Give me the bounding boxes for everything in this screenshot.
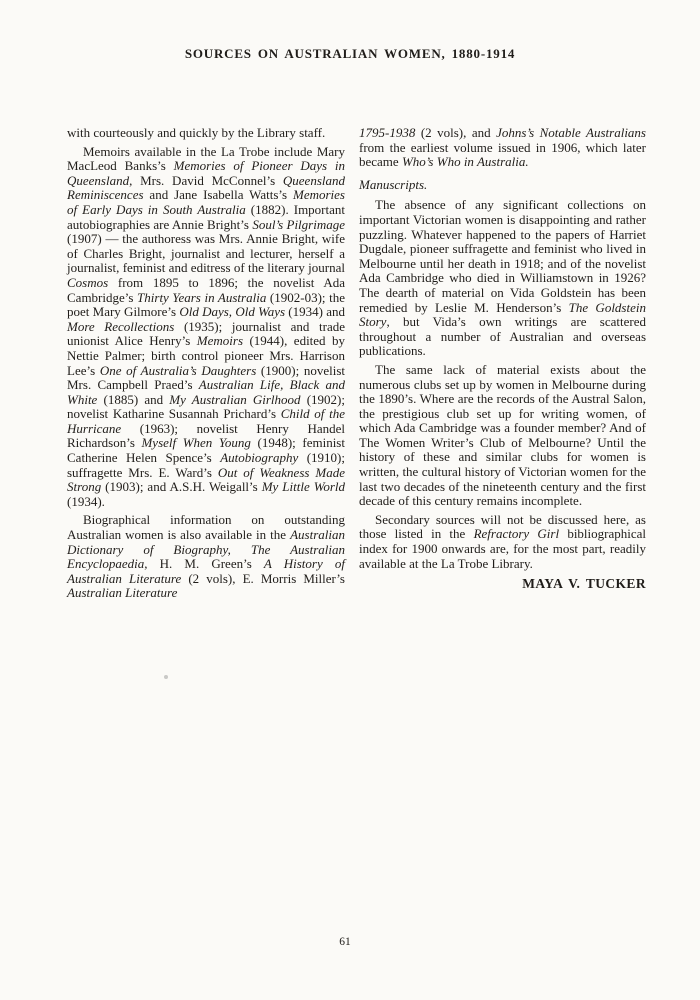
page-number: 61 bbox=[0, 936, 690, 948]
scan-artifact-dot bbox=[164, 675, 168, 679]
journal-page: SOURCES ON AUSTRALIAN WOMEN, 1880-1914 w… bbox=[0, 0, 700, 1000]
two-column-text: with courteously and quickly by the Libr… bbox=[67, 126, 646, 601]
page-title: SOURCES ON AUSTRALIAN WOMEN, 1880-1914 bbox=[0, 46, 700, 62]
paragraph: 1795-1938 (2 vols), and Johns’s Notable … bbox=[359, 126, 646, 170]
right-column: 1795-1938 (2 vols), and Johns’s Notable … bbox=[359, 126, 646, 592]
left-column: with courteously and quickly by the Libr… bbox=[67, 126, 345, 601]
paragraph: with courteously and quickly by the Libr… bbox=[67, 126, 345, 141]
paragraph: The same lack of material exists about t… bbox=[359, 363, 646, 509]
paragraph: Biographical information on outstanding … bbox=[67, 513, 345, 601]
paragraph: Secondary sources will not be discussed … bbox=[359, 513, 646, 571]
paragraph: Memoirs available in the La Trobe includ… bbox=[67, 145, 345, 510]
section-heading: Manuscripts. bbox=[359, 178, 646, 193]
author-signature: MAYA V. TUCKER bbox=[359, 577, 646, 592]
paragraph: The absence of any significant collectio… bbox=[359, 198, 646, 359]
